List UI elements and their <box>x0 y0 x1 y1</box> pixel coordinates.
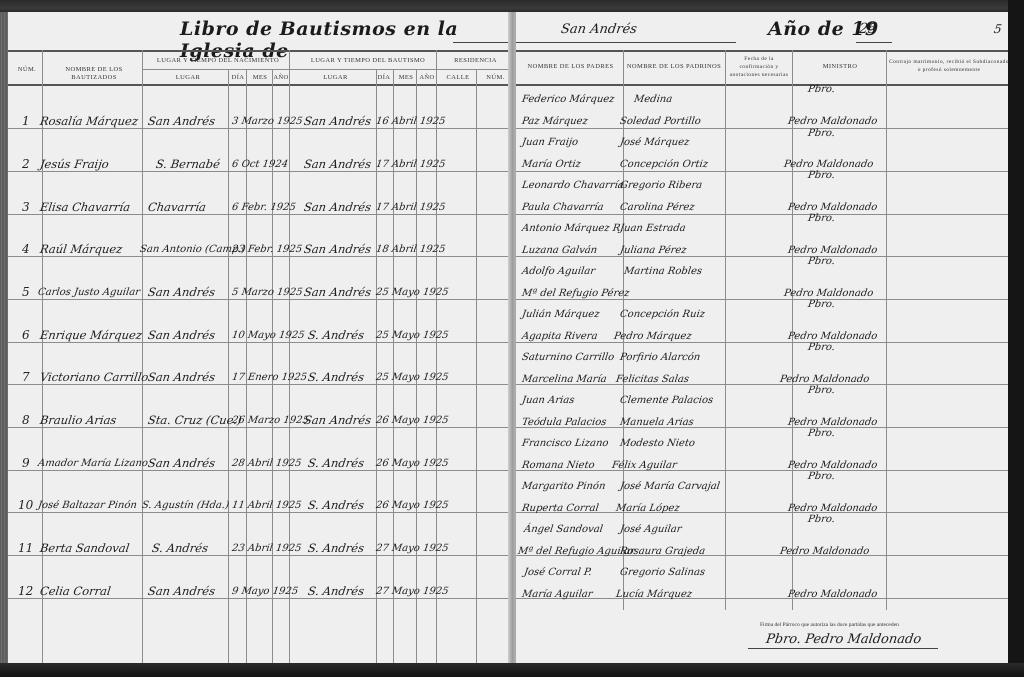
baptized-name: Carlos Justo Aguilar <box>37 287 140 298</box>
col-rule <box>792 50 793 610</box>
entry-number: 12 <box>18 584 33 598</box>
godmother-name: Carolina Pérez <box>619 202 695 213</box>
birth-date: 6 Oct 1924 <box>231 159 289 170</box>
birth-place: S. Andrés <box>151 541 209 555</box>
baptism-date: 25 Mayo 1925 <box>375 330 449 341</box>
minister-name: Pedro Maldonado <box>787 116 878 127</box>
birth-date: 6 Febr. 1925 <box>231 202 296 213</box>
row-rule <box>8 598 513 599</box>
header-top-rule <box>516 50 1010 52</box>
baptized-name: Elisa Chavarría <box>39 200 131 214</box>
minister-title: Pbro. <box>807 299 835 310</box>
birth-date: 23 Abril 1925 <box>231 543 302 554</box>
baptized-name: Rosalía Márquez <box>39 114 139 128</box>
row-rule <box>8 427 513 428</box>
godfather-name: Pedro Márquez <box>613 331 692 342</box>
baptism-date: 26 Mayo 1925 <box>375 500 449 511</box>
entry-number: 9 <box>22 456 30 470</box>
birth-place: S. Agustín (Hda.) <box>141 500 229 511</box>
header-birth-month: Mes <box>248 74 272 82</box>
birth-place: San Andrés <box>147 370 216 384</box>
header-baptism-year: Año <box>418 74 436 82</box>
godfather-name: Gregorio Ribera <box>619 180 703 191</box>
baptism-date: 25 Mayo 1925 <box>375 287 449 298</box>
header-marriage: Contrajo matrimonio, recibió el Subdiaco… <box>888 58 1010 74</box>
col-rule <box>289 50 290 665</box>
entry-number: 8 <box>22 413 30 427</box>
entry-number: 11 <box>18 541 33 555</box>
birth-place: San Andrés <box>147 114 216 128</box>
father-name: Antonio Márquez R. <box>521 223 624 234</box>
baptism-date: 17 Abril 1925 <box>375 202 446 213</box>
col-rule <box>42 50 43 665</box>
baptism-date: 25 Mayo 1925 <box>375 372 449 383</box>
baptism-date: 18 Abril 1925 <box>375 244 446 255</box>
birth-date: 10 Mayo 1925 <box>231 330 305 341</box>
minister-name: Pedro Maldonado <box>787 503 878 514</box>
minister-title: Pbro. <box>807 213 835 224</box>
minister-title: Pbro. <box>807 128 835 139</box>
baptism-date: 26 Mayo 1925 <box>375 458 449 469</box>
baptized-name: Amador María Lizano <box>37 458 148 469</box>
header-baptized-names: Nombre de los bautizados <box>44 66 144 82</box>
father-name: Leonardo Chavarría <box>521 180 624 191</box>
baptism-place: S. Andrés <box>307 541 365 555</box>
header-birth-day: Día <box>230 74 246 82</box>
header-baptism-month: Mes <box>394 74 418 82</box>
godmother-name: Concepción Ortiz <box>619 159 708 170</box>
minister-name: Pedro Maldonado <box>787 460 878 471</box>
minister-title: Pbro. <box>807 385 835 396</box>
year-underline <box>856 42 892 43</box>
baptism-date: 27 Mayo 1925 <box>375 543 449 554</box>
row-rule <box>8 342 513 343</box>
row-rule <box>516 256 1010 257</box>
parish-name: San Andrés <box>560 22 638 37</box>
godfather-name: José Aguilar <box>619 524 682 535</box>
mother-name: Mª del Refugio Aguilar <box>517 546 635 557</box>
father-name: Federico Márquez <box>521 94 615 105</box>
header-baptism-group: Lugar y tiempo del bautismo <box>293 57 443 65</box>
row-rule <box>8 384 513 385</box>
baptism-place: S. Andrés <box>307 370 365 384</box>
entry-number: 2 <box>22 157 30 171</box>
godmother-name: Félix Aguilar <box>611 460 677 471</box>
header-baptism-place: Lugar <box>298 74 373 82</box>
baptism-place: San Andrés <box>303 242 372 256</box>
minister-title: Pbro. <box>807 84 835 95</box>
godmother-name: Concepción Ruiz <box>619 309 705 320</box>
baptized-name: Raúl Márquez <box>39 242 123 256</box>
year-handwritten: 25 <box>858 21 878 37</box>
baptism-date: 16 Abril 1925 <box>375 116 446 127</box>
entry-number: 5 <box>22 285 30 299</box>
mother-name: Luzana Galván <box>521 245 598 256</box>
header-residence-group: Residencia <box>438 57 513 65</box>
header-birth-year: Año <box>273 74 289 82</box>
godfather-name: Modesto Nieto <box>619 438 695 449</box>
register-book: Libro de Bautismos en la Iglesia de Núm.… <box>0 0 1024 677</box>
mother-name: Teódula Palacios <box>521 417 607 428</box>
left-page: Libro de Bautismos en la Iglesia de Núm.… <box>8 12 514 665</box>
header-top-rule <box>8 50 513 52</box>
minister-name: Pedro Maldonado <box>779 374 870 385</box>
baptized-name: Braulio Arias <box>39 413 117 427</box>
priest-signature: Pbro. Pedro Maldonado <box>765 632 922 647</box>
minister-name: Pedro Maldonado <box>787 417 878 428</box>
header-confirmation: Fecha de la confirmación y anotaciones n… <box>727 55 791 79</box>
birth-place: San Andrés <box>147 285 216 299</box>
minister-name: Pedro Maldonado <box>787 245 878 256</box>
mother-name: Agapita Rivera <box>521 331 598 342</box>
mother-name: Mª del Refugio Pérez <box>521 288 630 299</box>
birth-date: 23 Febr. 1925 <box>231 244 303 255</box>
godmother-name: Rosaura Grajeda <box>619 546 706 557</box>
col-rule <box>886 50 887 610</box>
col-rule <box>228 69 229 665</box>
father-name: Juan Arias <box>521 395 575 406</box>
parish-underline <box>516 42 736 43</box>
birth-date: 3 Marzo 1925 <box>231 116 303 127</box>
entry-number: 6 <box>22 328 30 342</box>
birth-place: San Andrés <box>147 456 216 470</box>
godfather-name: Porfirio Alarcón <box>619 352 701 363</box>
minister-name: Pedro Maldonado <box>787 331 878 342</box>
father-name: Francisco Lizano <box>521 438 609 449</box>
godmother-name: Martina Robles <box>623 266 703 277</box>
title-underline <box>453 42 513 43</box>
row-rule <box>8 299 513 300</box>
father-name: Juan Fraijo <box>521 137 579 148</box>
godmother-name: Juliana Pérez <box>619 245 687 256</box>
row-rule <box>516 214 1010 215</box>
father-name: Saturnino Carrillo <box>521 352 615 363</box>
row-rule <box>8 470 513 471</box>
mother-name: Paz Márquez <box>521 116 588 127</box>
godfather-name: José María Carvajal <box>619 481 720 492</box>
mother-name: María Aguilar <box>521 589 593 600</box>
godmother-name: Lucía Márquez <box>615 589 693 600</box>
father-name: Adolfo Aguilar <box>521 266 595 277</box>
row-rule <box>8 512 513 513</box>
minister-title: Pbro. <box>807 256 835 267</box>
godfather-name: José Márquez <box>619 137 690 148</box>
register-title: Libro de Bautismos en la Iglesia de <box>180 18 513 62</box>
baptism-place: S. Andrés <box>307 584 365 598</box>
signature-label: Firma del Párroco que autoriza las doce … <box>760 622 899 628</box>
header-bottom-rule <box>8 84 513 86</box>
baptism-place: San Andrés <box>303 114 372 128</box>
birth-place: San Antonio (Camp.) <box>139 244 246 255</box>
header-baptism-day: Día <box>376 74 392 82</box>
entry-number: 7 <box>22 370 30 384</box>
entry-number: 1 <box>22 114 30 128</box>
father-name: José Corral P. <box>523 567 592 578</box>
baptism-place: San Andrés <box>303 413 372 427</box>
minister-title: Pbro. <box>807 514 835 525</box>
right-page: San Andrés Año de 19 25 5 Nombre de los … <box>515 12 1010 665</box>
baptized-name: Enrique Márquez <box>39 328 143 342</box>
baptized-name: Victoriano Carrillo <box>39 370 149 384</box>
row-rule <box>8 171 513 172</box>
baptism-date: 26 Mayo 1925 <box>375 415 449 426</box>
book-edge-bottom <box>0 663 1024 677</box>
book-edge-right <box>1008 0 1024 677</box>
birth-date: 11 Abril 1925 <box>231 500 302 511</box>
entry-number: 10 <box>18 498 33 512</box>
header-minister: Ministro <box>794 63 886 71</box>
row-rule <box>516 299 1010 300</box>
baptism-place: S. Andrés <box>307 456 365 470</box>
row-rule <box>8 214 513 215</box>
mother-name: María Ortiz <box>521 159 581 170</box>
minister-title: Pbro. <box>807 428 835 439</box>
header-godparents: Nombre de los padrinos <box>624 63 724 71</box>
row-rule <box>516 171 1010 172</box>
birth-place: San Andrés <box>147 584 216 598</box>
col-rule <box>476 69 477 665</box>
baptism-place: San Andrés <box>303 200 372 214</box>
godmother-name: Felicitas Salas <box>615 374 689 385</box>
godfather-name: Gregorio Salinas <box>619 567 706 578</box>
header-parents: Nombre de los padres <box>518 63 623 71</box>
birth-date: 28 Abril 1925 <box>231 458 302 469</box>
minister-name: Pedro Maldonado <box>779 546 870 557</box>
signature-line <box>748 648 938 649</box>
godmother-name: Manuela Arias <box>619 417 694 428</box>
father-name: Ángel Sandoval <box>523 524 603 535</box>
page-number: 5 <box>993 22 1003 36</box>
row-rule <box>516 128 1010 129</box>
birth-date: 5 Marzo 1925 <box>231 287 303 298</box>
minister-title: Pbro. <box>807 170 835 181</box>
birth-date: 17 Enero 1925 <box>231 372 308 383</box>
mother-name: Romana Nieto <box>521 460 595 471</box>
godfather-name: Juan Estrada <box>619 223 686 234</box>
godfather-name: Medina <box>633 94 673 105</box>
father-name: Julián Márquez <box>521 309 600 320</box>
birth-place: Sta. Cruz (Cue.) <box>147 413 243 427</box>
birth-date: 26 Marzo 1925 <box>231 415 309 426</box>
baptism-place: S. Andrés <box>307 328 365 342</box>
header-residence-street: Calle <box>438 74 478 82</box>
row-rule <box>516 342 1010 343</box>
father-name: Margarito Pinón <box>521 481 606 492</box>
baptized-name: Jesús Fraijo <box>39 157 110 171</box>
baptized-name: Berta Sandoval <box>39 541 130 555</box>
mother-name: Paula Chavarría <box>521 202 604 213</box>
col-rule <box>725 50 726 610</box>
baptism-place: San Andrés <box>303 285 372 299</box>
minister-title: Pbro. <box>807 342 835 353</box>
row-rule <box>8 256 513 257</box>
baptism-place: San Andrés <box>303 157 372 171</box>
header-birth-group: Lugar y tiempo del nacimiento <box>148 57 288 65</box>
header-bottom-rule <box>516 84 1010 86</box>
row-rule <box>8 128 513 129</box>
birth-place: S. Bernabé <box>155 157 221 171</box>
row-rule <box>8 555 513 556</box>
baptism-date: 17 Abril 1925 <box>375 159 446 170</box>
baptized-name: José Baltazar Pinón <box>37 500 137 511</box>
birth-place: San Andrés <box>147 328 216 342</box>
godfather-name: Clemente Palacios <box>619 395 714 406</box>
minister-name: Pedro Maldonado <box>787 202 878 213</box>
minister-name: Pedro Maldonado <box>783 159 874 170</box>
col-rule <box>142 50 143 665</box>
baptism-date: 27 Mayo 1925 <box>375 586 449 597</box>
godmother-name: Soledad Portillo <box>619 116 701 127</box>
godmother-name: María López <box>615 503 680 514</box>
birth-date: 9 Mayo 1925 <box>231 586 299 597</box>
entry-number: 4 <box>22 242 30 256</box>
entry-number: 3 <box>22 200 30 214</box>
minister-name: Pedro Maldonado <box>783 288 874 299</box>
header-birth-place: Lugar <box>148 74 228 82</box>
birth-place: Chavarría <box>147 200 207 214</box>
header-num: Núm. <box>12 66 42 74</box>
header-mid-rule <box>143 69 513 70</box>
baptized-name: Celia Corral <box>39 584 112 598</box>
mother-name: Marcelina María <box>521 374 607 385</box>
col-rule <box>436 50 437 665</box>
minister-title: Pbro. <box>807 471 835 482</box>
mother-name: Ruperta Corral <box>521 503 599 514</box>
baptism-place: S. Andrés <box>307 498 365 512</box>
minister-name: Pedro Maldonado <box>787 589 878 600</box>
